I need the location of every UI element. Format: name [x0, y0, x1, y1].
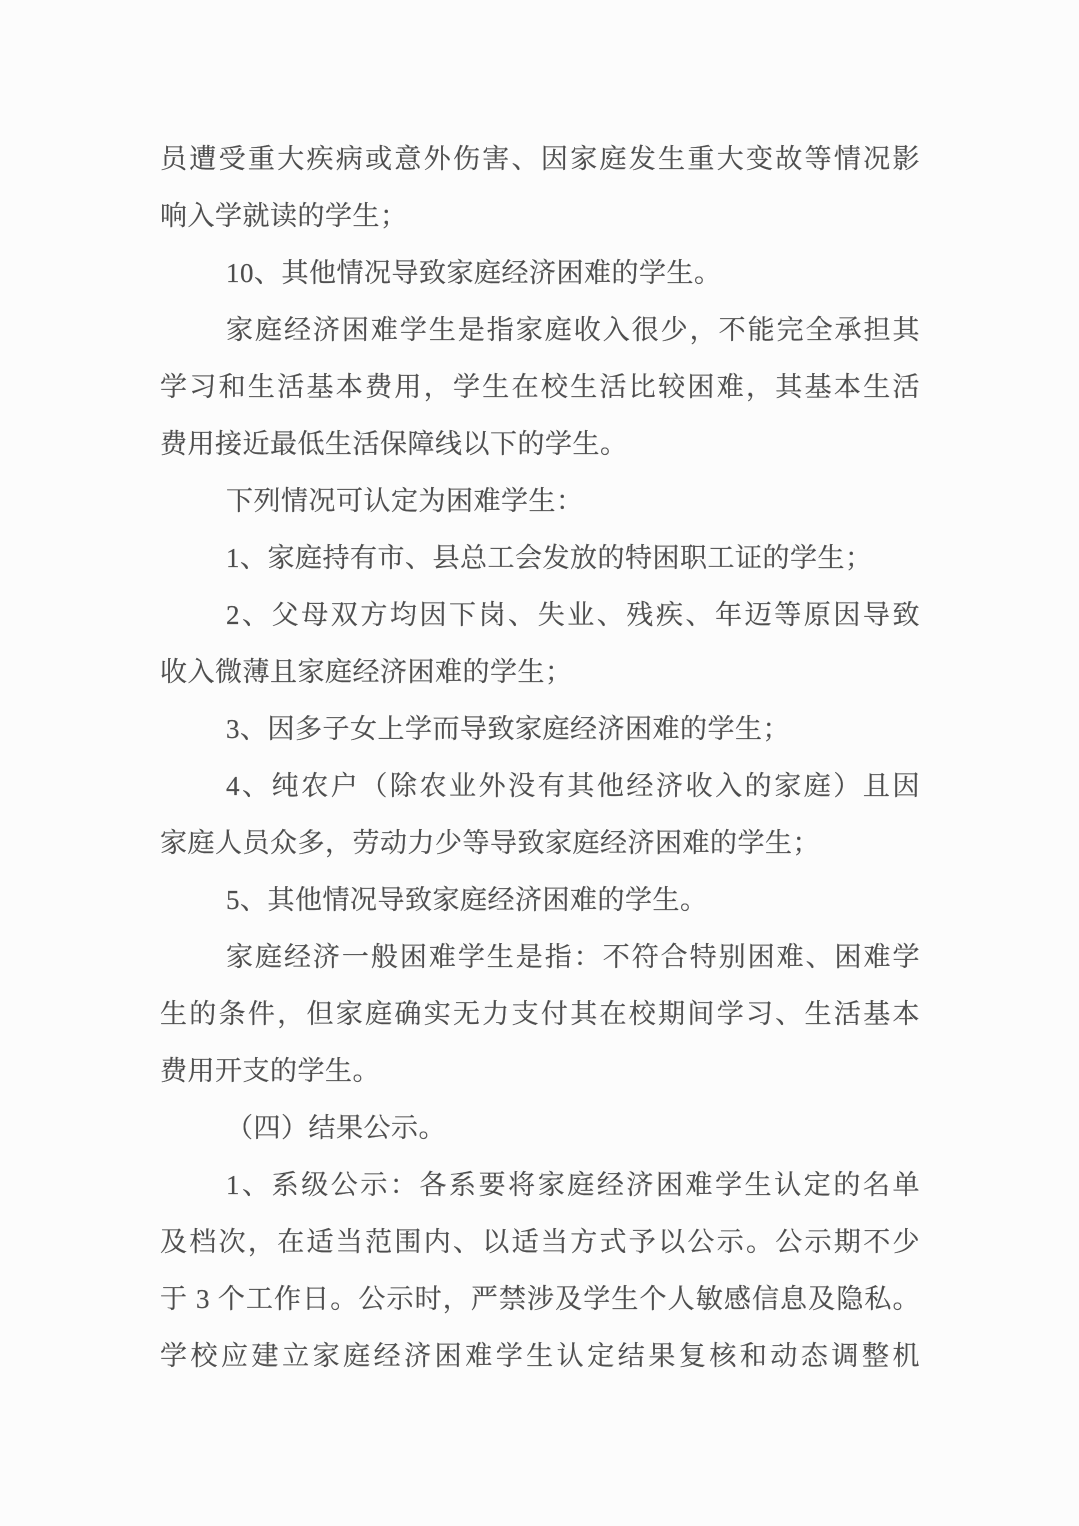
- text-line: 学习和生活基本费用，学生在校生活比较困难，其基本生活: [160, 359, 920, 416]
- text-line: 3、因多子女上学而导致家庭经济困难的学生；: [160, 701, 920, 758]
- text-line: 下列情况可认定为困难学生：: [160, 473, 920, 530]
- text-block: 员遭受重大疾病或意外伤害、因家庭发生重大变故等情况影响入学就读的学生；10、其他…: [160, 131, 920, 1385]
- text-line: 费用接近最低生活保障线以下的学生。: [160, 416, 920, 473]
- text-line: 1、家庭持有市、县总工会发放的特困职工证的学生；: [160, 530, 920, 587]
- text-line: 及档次，在适当范围内、以适当方式予以公示。公示期不少: [160, 1214, 920, 1271]
- text-line: 家庭经济困难学生是指家庭收入很少，不能完全承担其: [160, 302, 920, 359]
- text-line: 收入微薄且家庭经济困难的学生；: [160, 644, 920, 701]
- text-line: 于 3 个工作日。公示时，严禁涉及学生个人敏感信息及隐私。: [160, 1271, 920, 1328]
- text-line: 1、系级公示：各系要将家庭经济困难学生认定的名单: [160, 1157, 920, 1214]
- document-page: 员遭受重大疾病或意外伤害、因家庭发生重大变故等情况影响入学就读的学生；10、其他…: [0, 0, 1079, 1526]
- text-line: 生的条件，但家庭确实无力支付其在校期间学习、生活基本: [160, 986, 920, 1043]
- text-line: 4、纯农户（除农业外没有其他经济收入的家庭）且因: [160, 758, 920, 815]
- text-line: 5、其他情况导致家庭经济困难的学生。: [160, 872, 920, 929]
- text-line: 10、其他情况导致家庭经济困难的学生。: [160, 245, 920, 302]
- text-line: 费用开支的学生。: [160, 1043, 920, 1100]
- text-line: 学校应建立家庭经济困难学生认定结果复核和动态调整机: [160, 1328, 920, 1385]
- text-line: 家庭经济一般困难学生是指：不符合特别困难、困难学: [160, 929, 920, 986]
- text-line: 2、父母双方均因下岗、失业、残疾、年迈等原因导致: [160, 587, 920, 644]
- text-line: 员遭受重大疾病或意外伤害、因家庭发生重大变故等情况影: [160, 131, 920, 188]
- text-line: 响入学就读的学生；: [160, 188, 920, 245]
- text-line: 家庭人员众多，劳动力少等导致家庭经济困难的学生；: [160, 815, 920, 872]
- text-line: （四）结果公示。: [160, 1100, 920, 1157]
